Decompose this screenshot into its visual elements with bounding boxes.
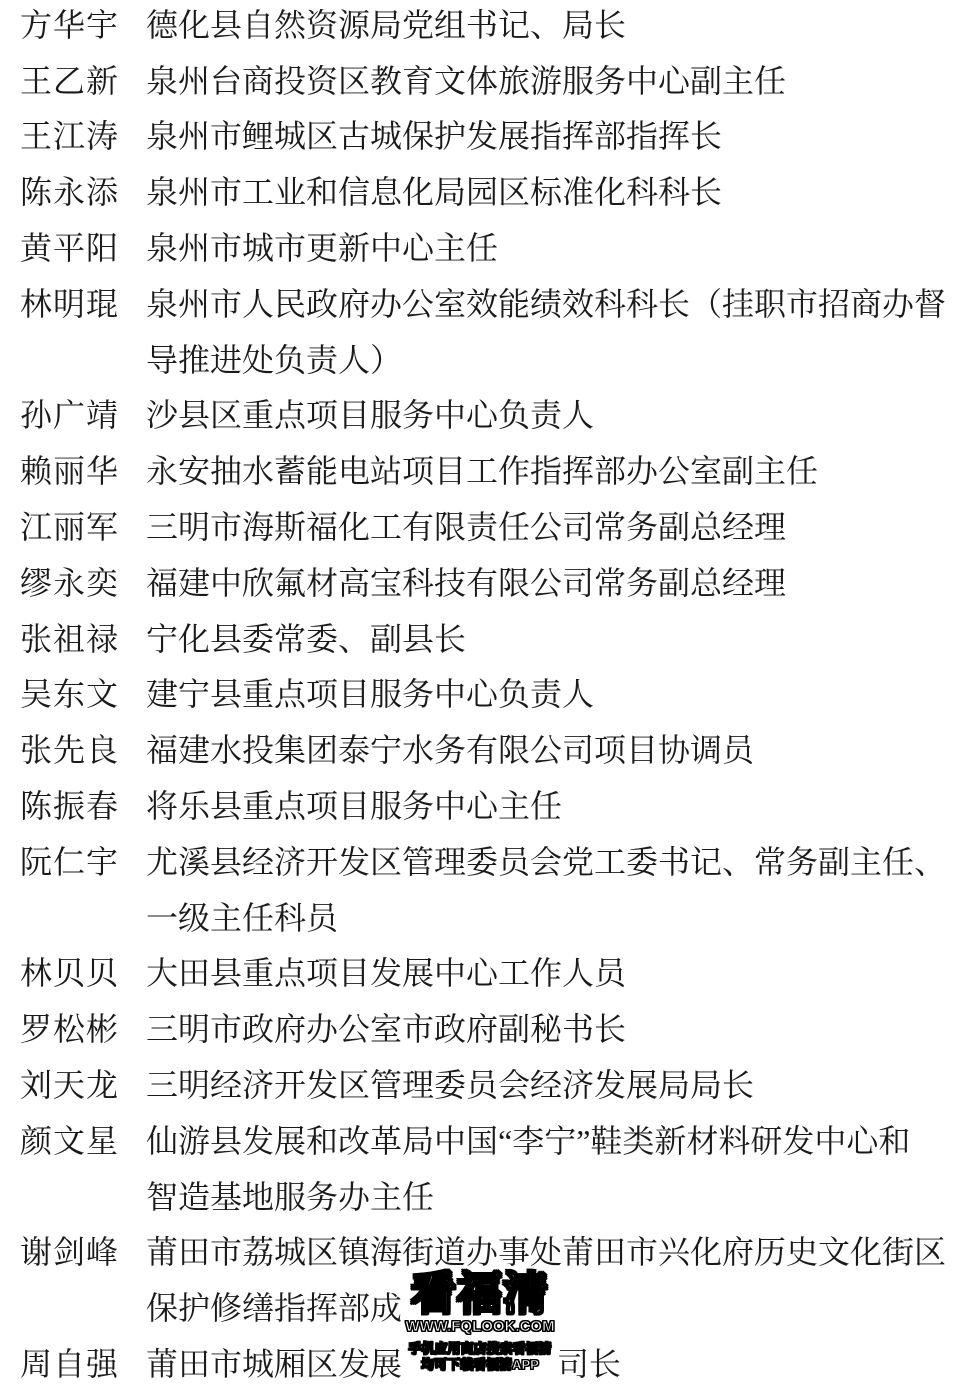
person-name: 方华宇: [20, 0, 119, 46]
person-name: 陈振春: [20, 781, 119, 827]
position-title: 沙县区重点项目服务中心负责人: [146, 390, 594, 436]
roster-entry-line: 阮仁宇尤溪县经济开发区管理委员会党工委书记、常务副主任、: [0, 832, 963, 888]
person-name: 王乙新: [20, 56, 119, 102]
person-name: 吴东文: [20, 669, 119, 715]
person-name: 孙广靖: [20, 390, 119, 436]
position-title: 大田县重点项目发展中心工作人员: [146, 948, 626, 994]
position-title: 一级主任科员: [146, 893, 338, 939]
position-title: 福建中欣氟材高宝科技有限公司常务副总经理: [146, 558, 786, 604]
roster-entry-line: 张祖禄宁化县委常委、副县长: [0, 609, 963, 665]
position-title: 永安抽水蓄能电站项目工作指挥部办公室副主任: [146, 446, 818, 492]
roster-entry-line: 缪永奕福建中欣氟材高宝科技有限公司常务副总经理: [0, 553, 963, 609]
roster-entry-line: 赖丽华永安抽水蓄能电站项目工作指挥部办公室副主任: [0, 441, 963, 497]
roster-entry-line: 王乙新泉州台商投资区教育文体旅游服务中心副主任: [0, 51, 963, 107]
position-title: 将乐县重点项目服务中心主任: [146, 781, 562, 827]
roster-entry-line: 罗松彬三明市政府办公室市政府副秘书长: [0, 999, 963, 1055]
person-name: 王江涛: [20, 111, 119, 157]
document-page: 方华宇德化县自然资源局党组书记、局长王乙新泉州台商投资区教育文体旅游服务中心副主…: [0, 0, 963, 1389]
person-name: 缪永奕: [20, 558, 119, 604]
person-name: 张祖禄: [20, 614, 119, 660]
roster-entry-line: 林贝贝大田县重点项目发展中心工作人员: [0, 944, 963, 1000]
person-name: 黄平阳: [20, 223, 119, 269]
person-name: 阮仁宇: [20, 837, 119, 883]
person-name: 张先良: [20, 725, 119, 771]
watermark-url: WWW.FQLOOK.COM: [404, 1319, 556, 1335]
position-title: 泉州台商投资区教育文体旅游服务中心副主任: [146, 56, 786, 102]
person-name: 林贝贝: [20, 948, 119, 994]
watermark: 看福清 WWW.FQLOOK.COM 手机应用商店搜索看福清 均可下载看福清AP…: [404, 1270, 556, 1372]
person-name: 刘天龙: [20, 1060, 119, 1106]
position-title: 保护修缮指挥部成: [146, 1283, 402, 1329]
position-title: 仙游县发展和改革局中国“李宁”鞋类新材料研发中心和: [146, 1116, 910, 1162]
position-title: 德化县自然资源局党组书记、局长: [146, 0, 626, 46]
watermark-note-line1: 手机应用商店搜索看福清: [404, 1341, 556, 1356]
roster-entry-line: 陈振春将乐县重点项目服务中心主任: [0, 776, 963, 832]
position-title: 三明市海斯福化工有限责任公司常务副总经理: [146, 502, 786, 548]
position-title-before-watermark: 莆田市城厢区发展: [146, 1339, 402, 1385]
watermark-logo-text: 看福清: [404, 1270, 556, 1317]
person-name: 江丽军: [20, 502, 119, 548]
position-title: 智造基地服务办主任: [146, 1172, 434, 1218]
position-title: 尤溪县经济开发区管理委员会党工委书记、常务副主任、: [146, 837, 946, 883]
position-title: 建宁县重点项目服务中心负责人: [146, 669, 594, 715]
person-name: 颜文星: [20, 1116, 119, 1162]
roster-entry-line: 张先良福建水投集团泰宁水务有限公司项目协调员: [0, 720, 963, 776]
position-title: 导推进处负责人）: [146, 335, 402, 381]
person-name: 罗松彬: [20, 1004, 119, 1050]
personnel-roster: 方华宇德化县自然资源局党组书记、局长王乙新泉州台商投资区教育文体旅游服务中心副主…: [0, 0, 963, 1389]
roster-entry-line: 颜文星仙游县发展和改革局中国“李宁”鞋类新材料研发中心和: [0, 1111, 963, 1167]
roster-continuation-line: 一级主任科员: [0, 888, 963, 944]
position-title: 宁化县委常委、副县长: [146, 614, 466, 660]
roster-entry-line: 孙广靖沙县区重点项目服务中心负责人: [0, 386, 963, 442]
person-name: 周自强: [20, 1339, 119, 1385]
position-title: 泉州市城市更新中心主任: [146, 223, 498, 269]
position-title: 泉州市人民政府办公室效能绩效科科长（挂职市招商办督: [146, 279, 946, 325]
position-title: 福建水投集团泰宁水务有限公司项目协调员: [146, 725, 754, 771]
roster-entry-line: 黄平阳泉州市城市更新中心主任: [0, 218, 963, 274]
roster-entry-line: 陈永添泉州市工业和信息化局园区标准化科科长: [0, 162, 963, 218]
position-title: 三明经济开发区管理委员会经济发展局局长: [146, 1060, 754, 1106]
position-title: 泉州市工业和信息化局园区标准化科科长: [146, 167, 722, 213]
person-name: 陈永添: [20, 167, 119, 213]
roster-entry-line: 王江涛泉州市鲤城区古城保护发展指挥部指挥长: [0, 107, 963, 163]
roster-continuation-line: 智造基地服务办主任: [0, 1167, 963, 1223]
position-title: 莆田市荔城区镇海街道办事处莆田市兴化府历史文化街区: [146, 1227, 946, 1273]
person-name: 林明琨: [20, 279, 119, 325]
roster-entry-line: 林明琨泉州市人民政府办公室效能绩效科科长（挂职市招商办督: [0, 274, 963, 330]
roster-entry-line: 江丽军三明市海斯福化工有限责任公司常务副总经理: [0, 497, 963, 553]
person-name: 赖丽华: [20, 446, 119, 492]
position-title: 三明市政府办公室市政府副秘书长: [146, 1004, 626, 1050]
position-title-after-watermark: 司长: [557, 1339, 621, 1385]
person-name: 谢剑峰: [20, 1227, 119, 1273]
roster-entry-line: 吴东文建宁县重点项目服务中心负责人: [0, 665, 963, 721]
watermark-note-line2: 均可下载看福清APP: [404, 1357, 556, 1372]
position-title: 泉州市鲤城区古城保护发展指挥部指挥长: [146, 111, 722, 157]
roster-entry-line: 方华宇德化县自然资源局党组书记、局长: [0, 0, 963, 51]
roster-continuation-line: 导推进处负责人）: [0, 330, 963, 386]
roster-entry-line: 刘天龙三明经济开发区管理委员会经济发展局局长: [0, 1055, 963, 1111]
